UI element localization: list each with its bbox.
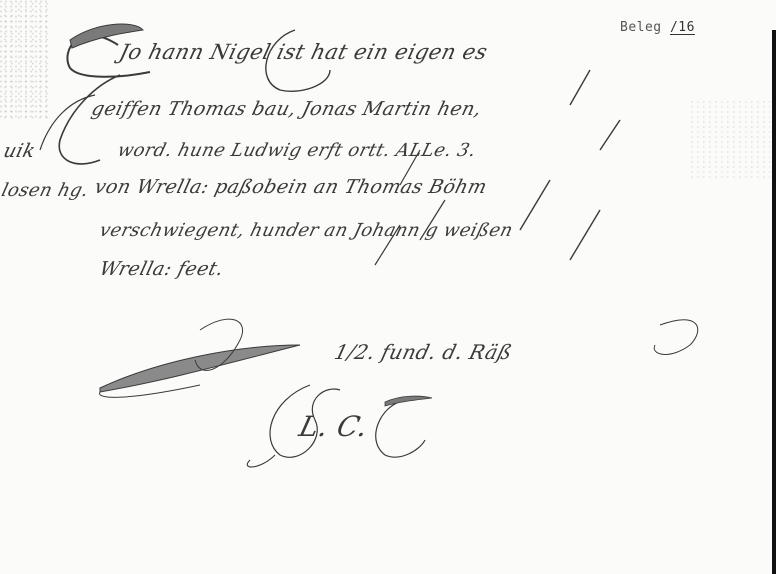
handwriting-flourishes-icon (0, 0, 776, 574)
document-stamp: Beleg /16 (620, 20, 695, 35)
closing-note: 1/2. fund. d. Räß (332, 340, 515, 364)
margin-note: uik (1, 140, 38, 162)
stamp-label: Beleg (620, 20, 662, 35)
body-line: Jo hann Nigel ist hat ein eigen es (117, 40, 490, 64)
body-line: geiffen Thomas bau, Jonas Martin hen, (89, 98, 484, 120)
signature: L. C. (296, 410, 372, 443)
scan-edge-border (772, 30, 776, 574)
body-line: Wrella: feet. (97, 258, 226, 280)
scan-noise (0, 0, 48, 120)
body-line: von Wrella: paßobein an Thomas Böhm (92, 176, 489, 198)
body-line: verschwiegent, hunder an Johann g weißen (97, 220, 515, 241)
scanned-document-page: Beleg /16 uik losen hg. Jo hann Nigel is… (0, 0, 776, 574)
margin-note: losen hg. (0, 180, 91, 201)
body-line: word. hune Ludwig erft ortt. ALLe. 3. (115, 140, 478, 161)
stamp-number: /16 (670, 20, 695, 35)
scan-noise (690, 100, 770, 180)
